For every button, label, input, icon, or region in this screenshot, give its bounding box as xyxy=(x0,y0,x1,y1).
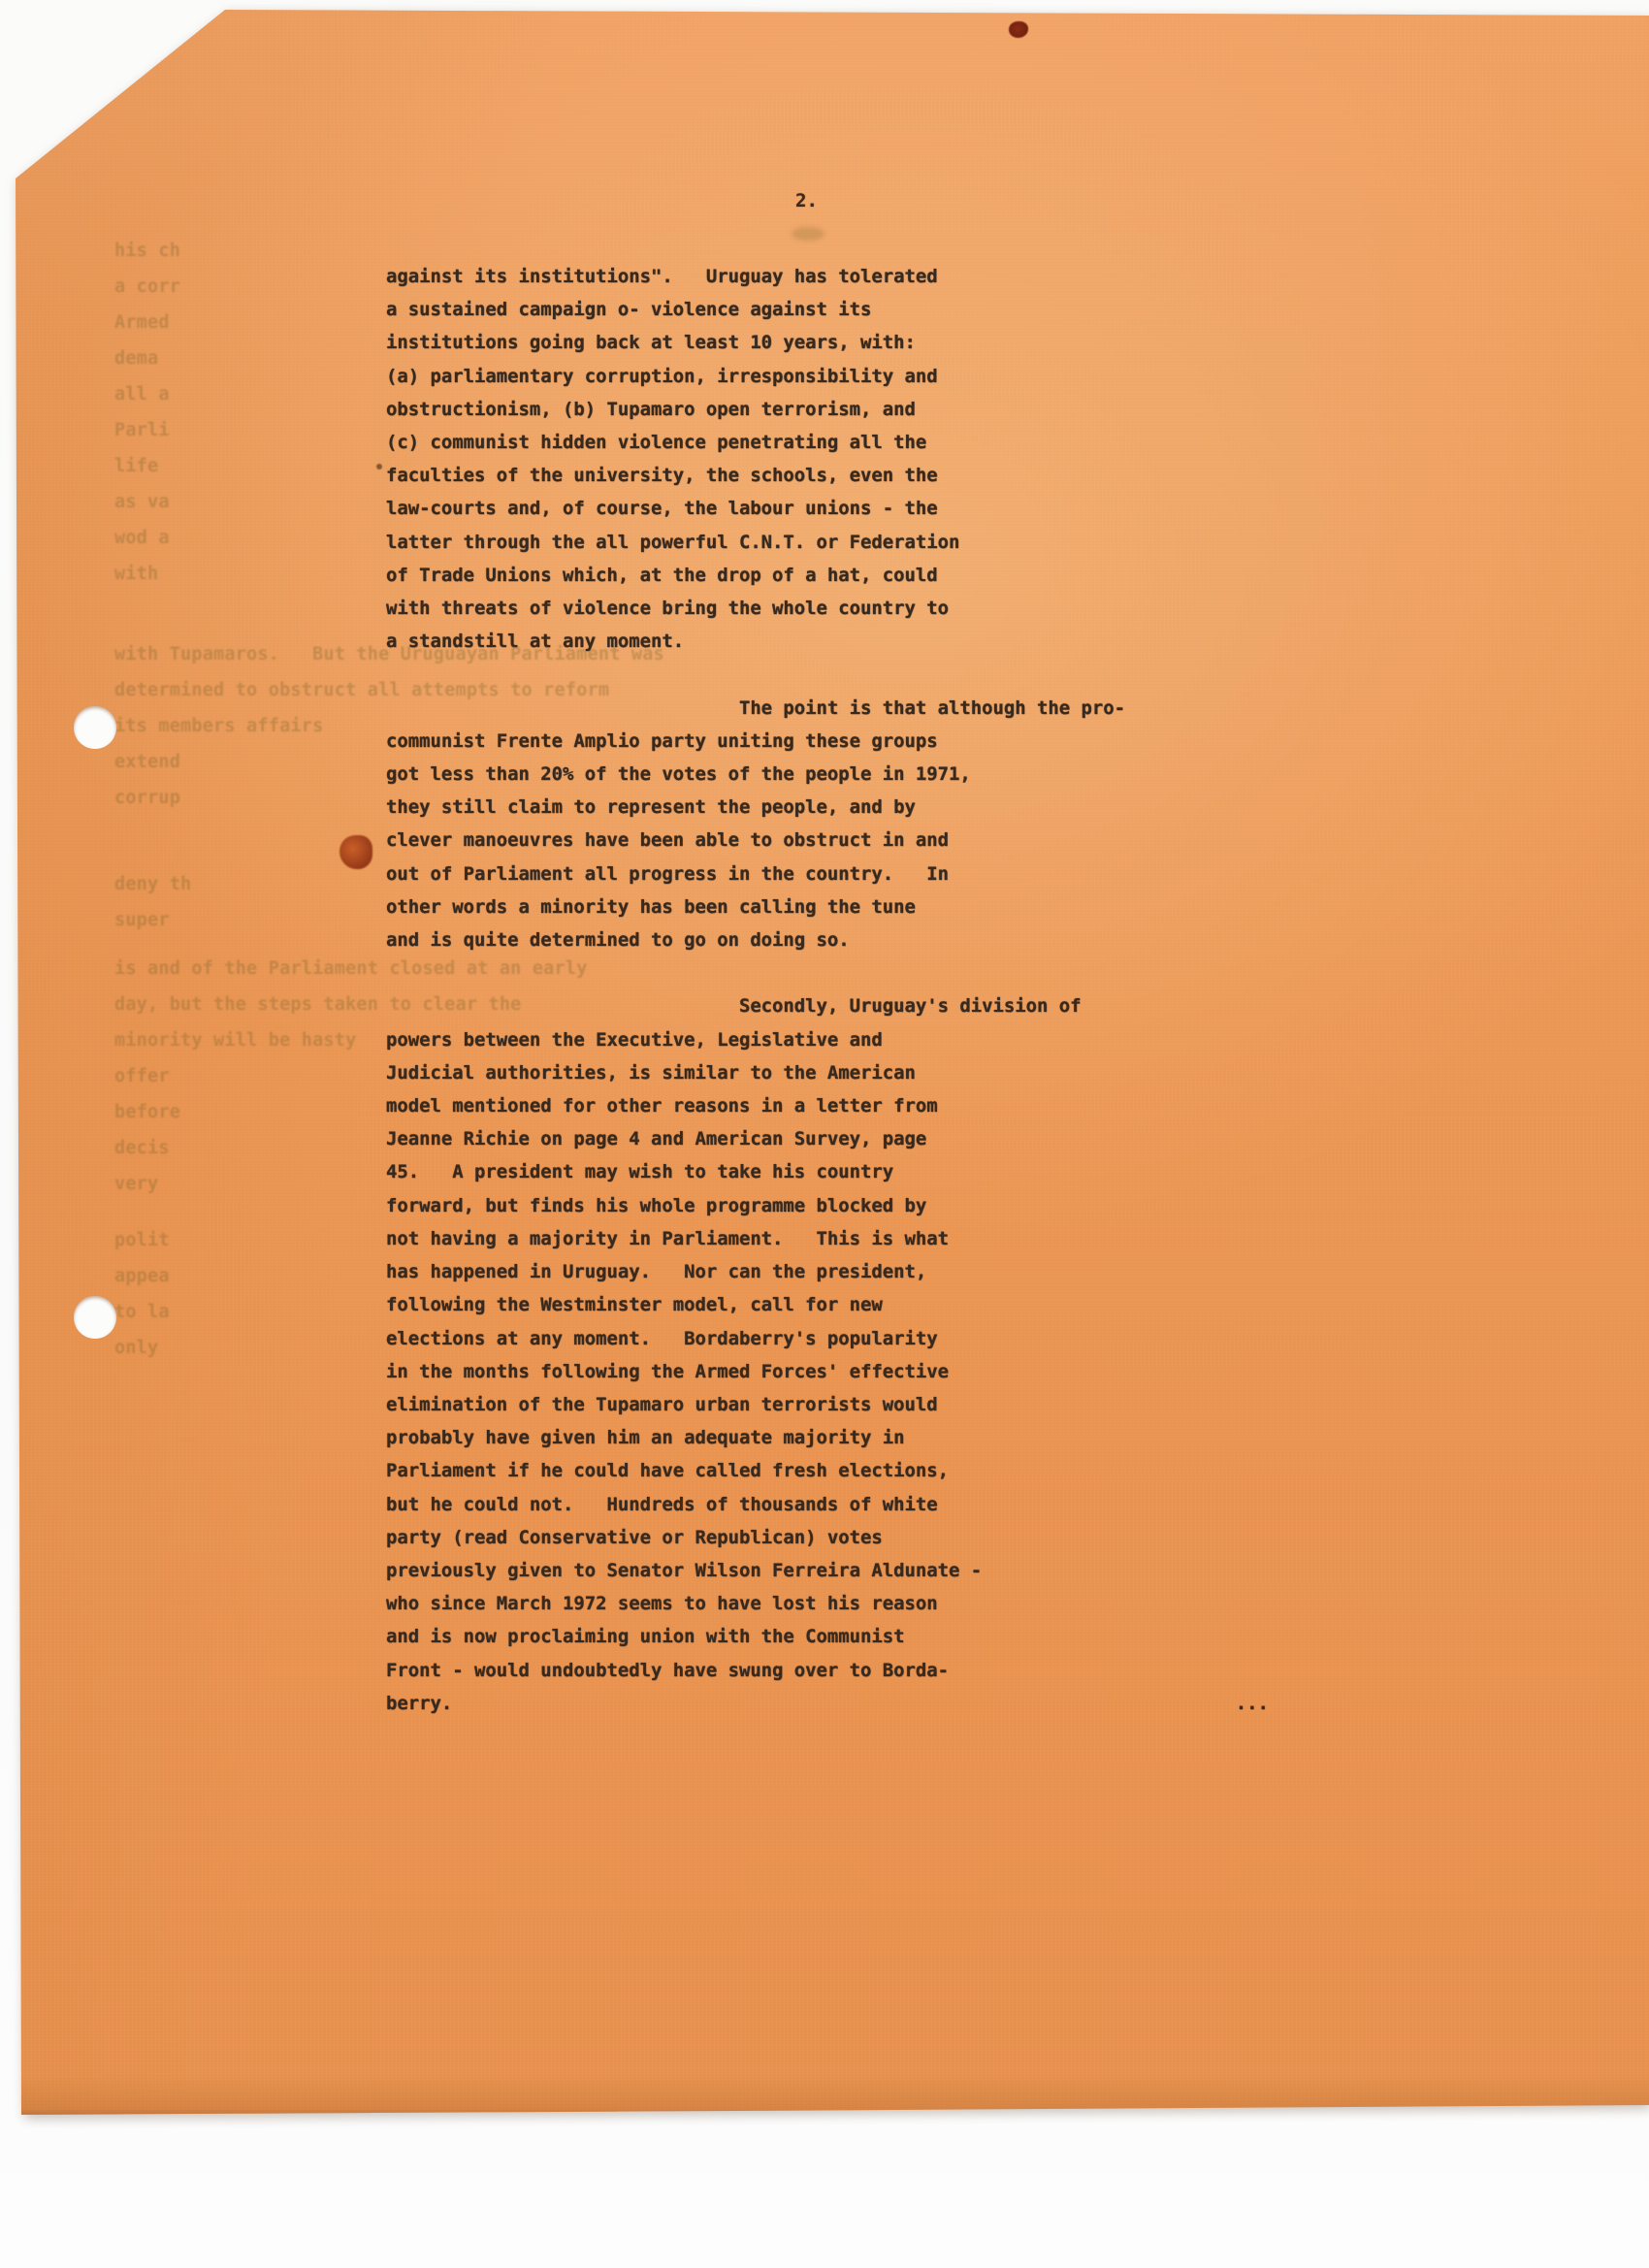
ghost-text-fragment: extend xyxy=(114,752,180,772)
ghost-text-fragment: its members affairs xyxy=(114,716,323,736)
ghost-text-fragment: offer xyxy=(114,1066,170,1086)
paper-sheet: his cha corrArmeddemaall aParlilifeas va… xyxy=(0,0,1649,2268)
ghost-text-fragment: a corr xyxy=(114,276,180,297)
ghost-text-fragment: life xyxy=(114,456,158,476)
ghost-text-fragment: his ch xyxy=(114,241,180,261)
ghost-text-fragment: corrup xyxy=(114,788,180,808)
ghost-text-fragment: to la xyxy=(114,1302,170,1322)
ghost-text-fragment: Parli xyxy=(114,420,170,440)
ghost-text-fragment: deny th xyxy=(114,874,191,894)
ghost-text-fragment: decis xyxy=(114,1138,170,1158)
ghost-text-fragment: only xyxy=(114,1338,158,1358)
typewritten-body-text: against its institutions". Uruguay has t… xyxy=(386,260,1269,1720)
ghost-text-fragment: appea xyxy=(114,1266,170,1286)
ink-smudge xyxy=(792,227,824,241)
punch-hole-top xyxy=(74,706,116,749)
page-number: 2. xyxy=(795,190,818,211)
paper-shadow-wrap: his cha corrArmeddemaall aParlilifeas va… xyxy=(0,0,1649,2268)
ghost-text-fragment: wod a xyxy=(114,528,170,548)
ghost-text-fragment: all a xyxy=(114,384,170,405)
rust-stain xyxy=(339,835,372,869)
ghost-text-fragment: super xyxy=(114,910,170,930)
ghost-text-fragment: Armed xyxy=(114,312,170,333)
ghost-text-fragment: before xyxy=(114,1102,180,1122)
ghost-text-fragment: with xyxy=(114,564,158,584)
ghost-text-fragment: minority will be hasty xyxy=(114,1030,356,1051)
ghost-text-fragment: dema xyxy=(114,348,158,369)
ghost-text-fragment: polit xyxy=(114,1230,170,1250)
ghost-text-fragment: very xyxy=(114,1174,158,1194)
scanned-page-canvas: his cha corrArmeddemaall aParlilifeas va… xyxy=(0,0,1649,2268)
paper-speck xyxy=(376,464,382,470)
ghost-text-fragment: as va xyxy=(114,492,170,512)
punch-hole-bottom xyxy=(74,1296,116,1339)
